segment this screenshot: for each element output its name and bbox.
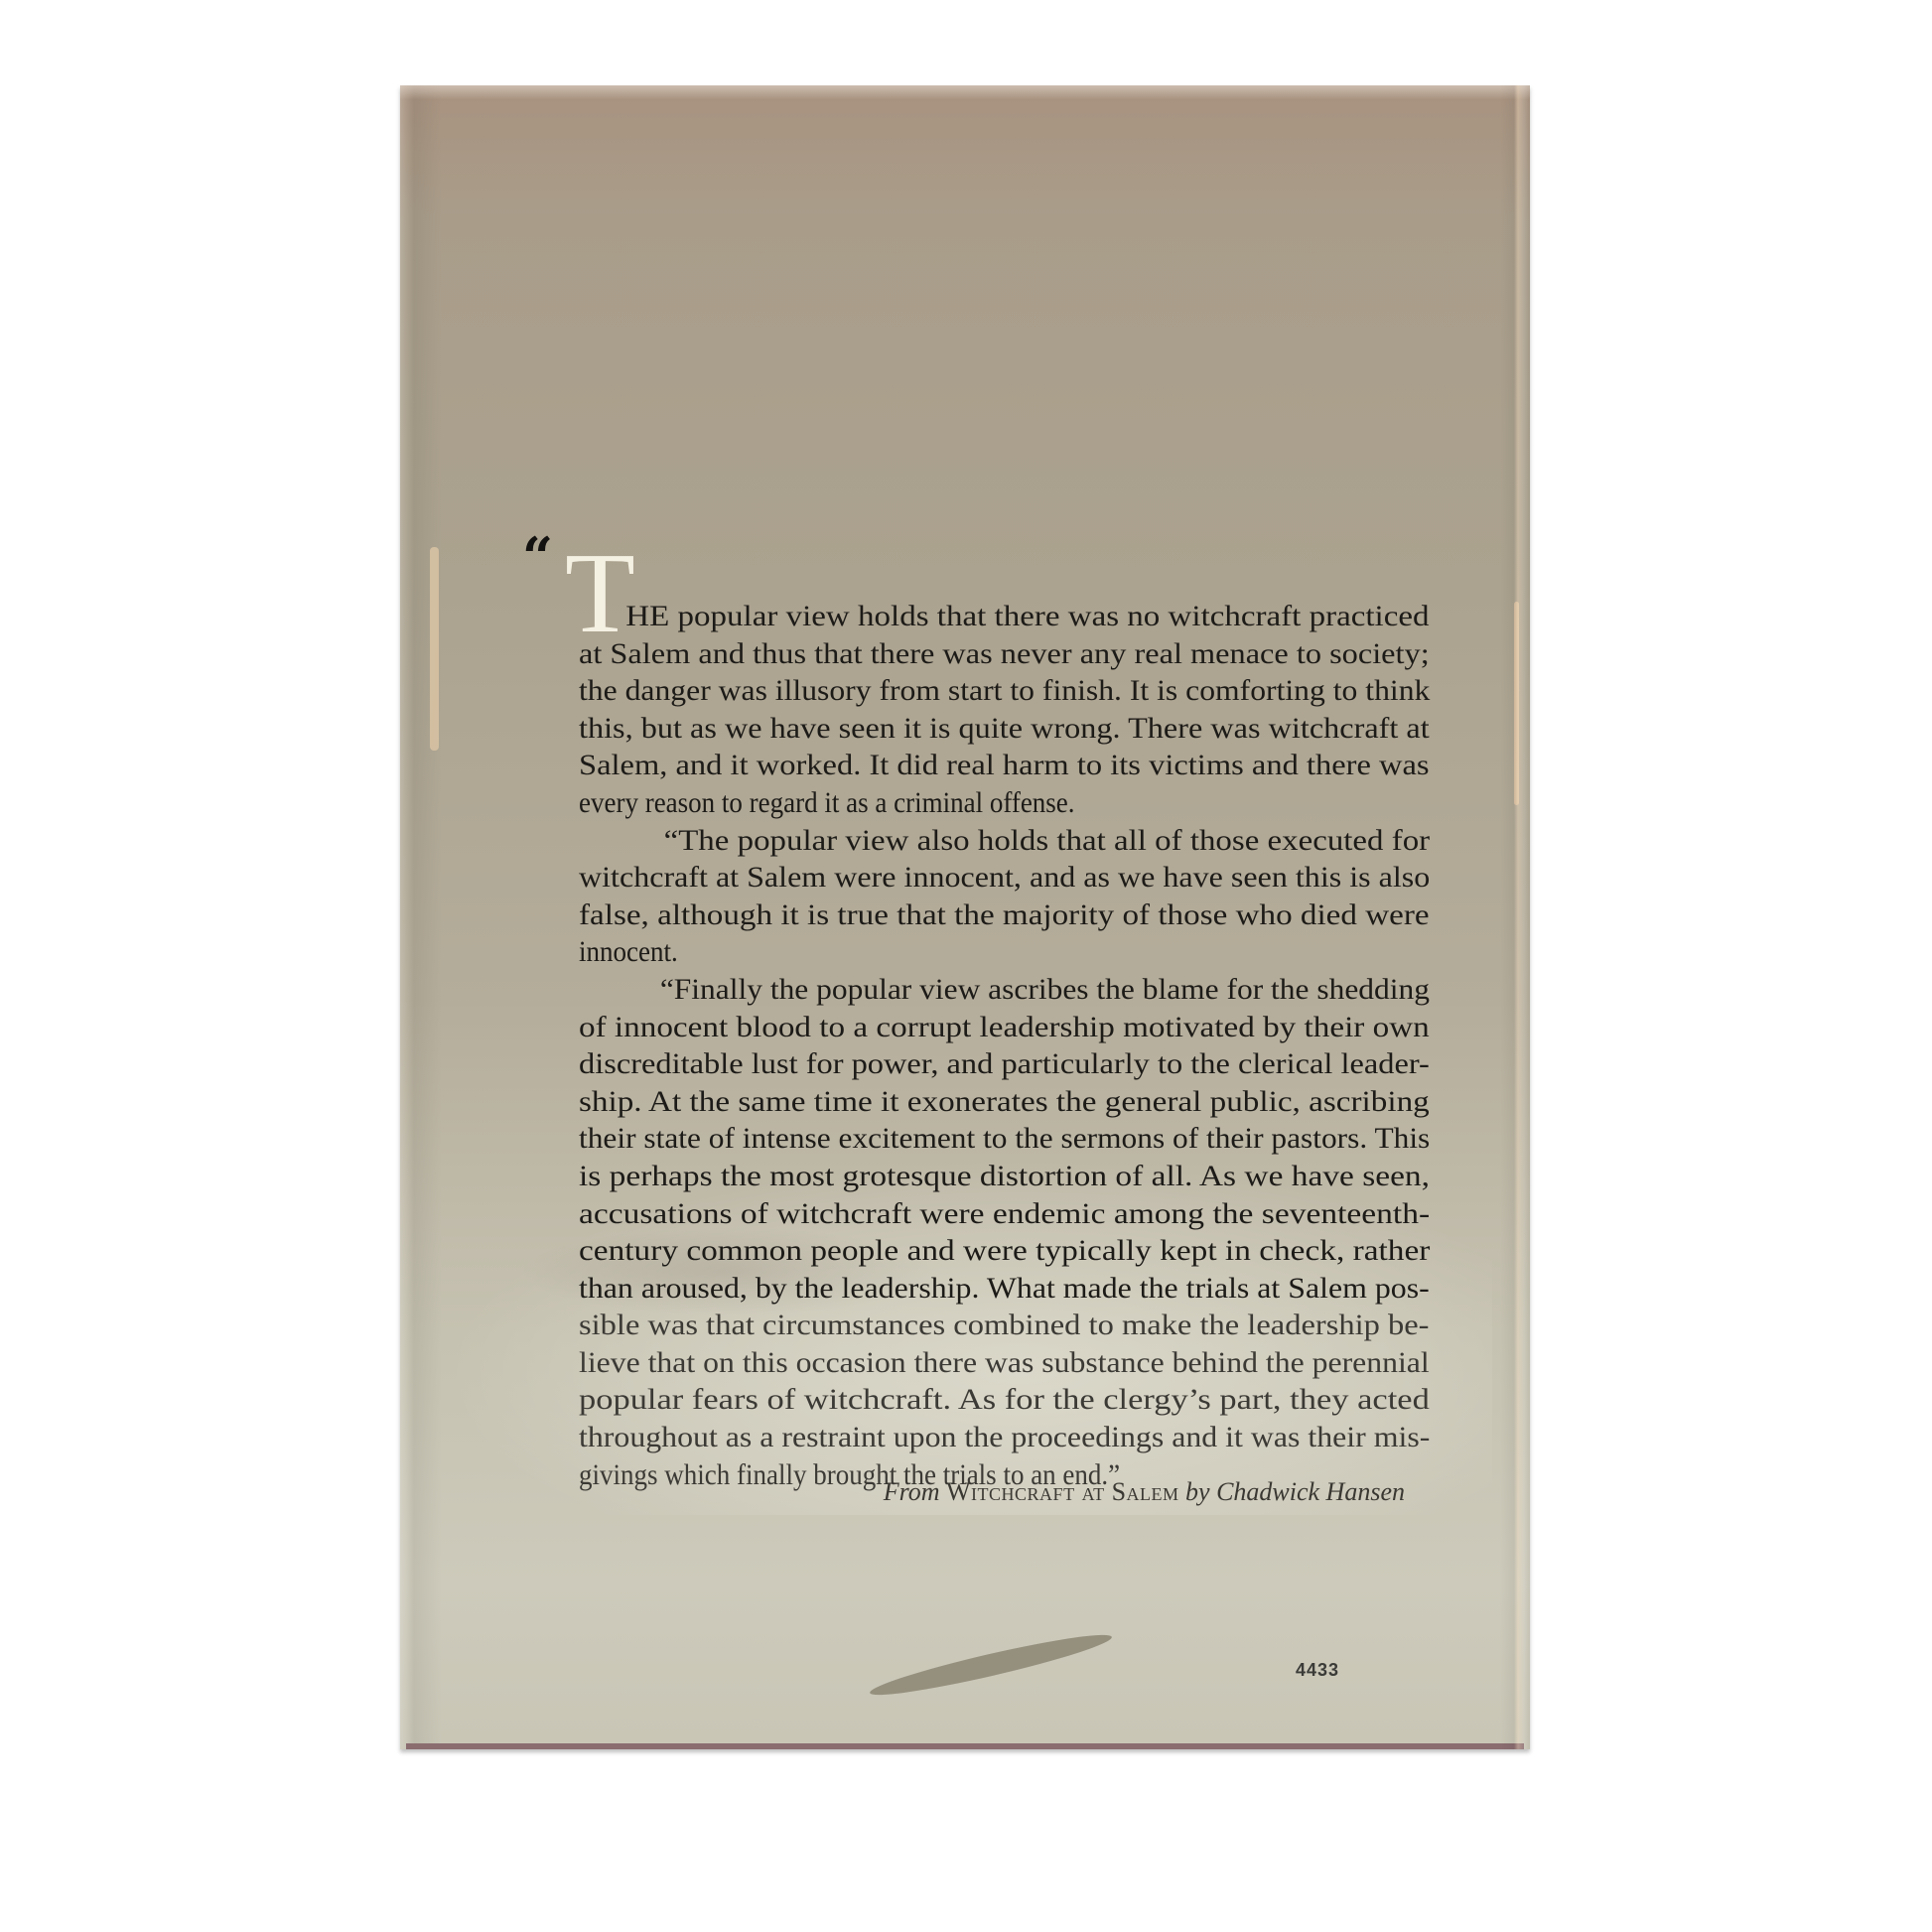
text-line: Salem, and it worked. It did real harm t… xyxy=(579,747,1500,784)
spine-wear-mark xyxy=(430,547,439,751)
text-line: throughout as a restraint upon the proce… xyxy=(579,1419,1482,1456)
attribution-author: by Chadwick Hansen xyxy=(1185,1477,1405,1506)
text-line: sible was that circumstances combined to… xyxy=(579,1307,1500,1344)
text-line: innocent. xyxy=(579,933,1344,971)
bottom-edge-binding xyxy=(406,1743,1524,1749)
text-line: than aroused, by the leadership. What ma… xyxy=(579,1270,1482,1308)
text-line: is perhaps the most grotesque distortion… xyxy=(579,1158,1527,1195)
right-edge-wear-mark xyxy=(1514,602,1519,805)
source-attribution: From Witchcraft at Salem by Chadwick Han… xyxy=(884,1477,1405,1507)
text-line: century common people and were typically… xyxy=(579,1232,1525,1270)
text-line: popular fears of witchcraft. As for the … xyxy=(579,1381,1530,1419)
text-line: HE popular view holds that there was no … xyxy=(579,598,1515,635)
text-line: their state of intense excitement to the… xyxy=(579,1120,1469,1158)
text-line: every reason to regard it as a criminal … xyxy=(579,784,1344,822)
top-edge-wear xyxy=(400,85,1530,99)
text-line: ship. At the same time it exonerates the… xyxy=(579,1083,1520,1121)
text-line: “The popular view also holds that all of… xyxy=(579,822,1512,860)
text-line: witchcraft at Salem were innocent, and a… xyxy=(579,859,1488,897)
text-line: discreditable lust for power, and partic… xyxy=(579,1045,1498,1083)
text-line: “Finally the popular view ascribes the b… xyxy=(579,971,1471,1009)
book-dust-jacket-back: “ T HE popular view holds that there was… xyxy=(400,85,1530,1749)
opening-quote-mark: “ xyxy=(522,530,553,584)
glare-streak xyxy=(868,1626,1115,1704)
text-line: this, but as we have seen it is quite wr… xyxy=(579,710,1494,748)
text-line: at Salem and thus that there was never a… xyxy=(579,635,1496,673)
text-line: the danger was illusory from start to fi… xyxy=(579,672,1476,710)
catalog-number: 4433 xyxy=(1296,1660,1339,1681)
text-line: lieve that on this occasion there was su… xyxy=(579,1344,1479,1382)
text-line: accusations of witchcraft were endemic a… xyxy=(579,1195,1530,1233)
text-line: false, although it is true that the majo… xyxy=(579,897,1518,934)
attribution-from: From xyxy=(884,1477,940,1506)
text-line: of innocent blood to a corrupt leadershi… xyxy=(579,1009,1520,1046)
quotation-body: HE popular view holds that there was no … xyxy=(579,598,1430,1493)
attribution-book-title: Witchcraft at Salem xyxy=(946,1477,1179,1506)
